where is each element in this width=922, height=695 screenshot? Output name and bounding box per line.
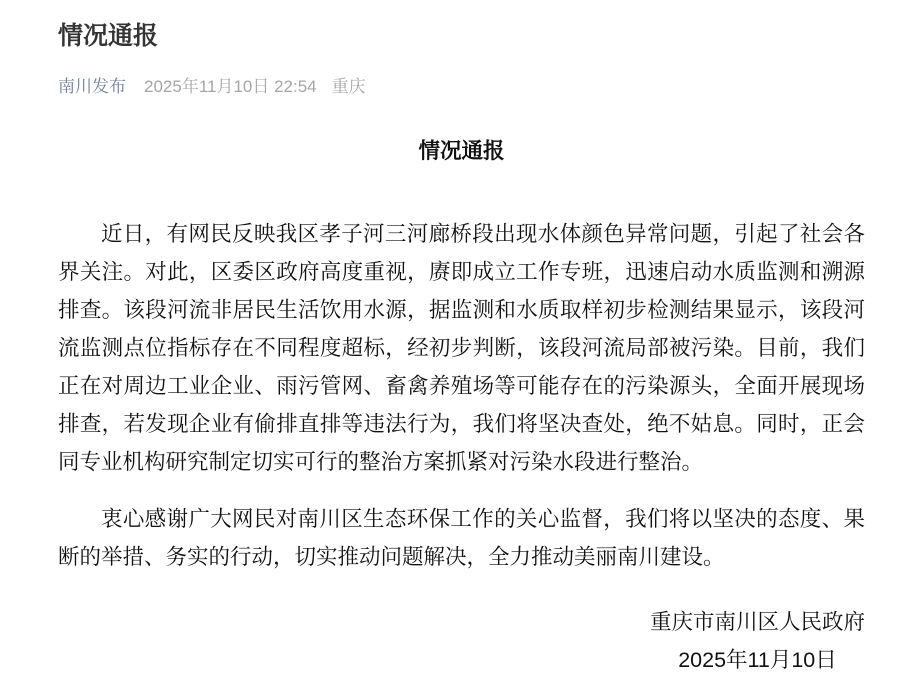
paragraph-1: 近日，有网民反映我区孝子河三河廊桥段出现水体颜色异常问题，引起了社会各界关注。对…	[58, 215, 865, 481]
article-meta: 南川发布 2025年11月10日 22:54 重庆	[58, 75, 865, 99]
signature-block: 重庆市南川区人民政府 2025年11月10日	[58, 603, 865, 679]
paragraph-2: 衷心感谢广大网民对南川区生态环保工作的关心监督，我们将以坚决的态度、果断的举措、…	[58, 500, 865, 576]
account-name-link[interactable]: 南川发布	[58, 75, 126, 99]
article-page: 情况通报 南川发布 2025年11月10日 22:54 重庆 情况通报 近日，有…	[0, 0, 922, 695]
content-title: 情况通报	[58, 139, 865, 163]
article-content: 情况通报 近日，有网民反映我区孝子河三河廊桥段出现水体颜色异常问题，引起了社会各…	[58, 139, 865, 679]
publish-location: 重庆	[332, 75, 366, 99]
signature-date: 2025年11月10日	[650, 641, 865, 679]
page-title: 情况通报	[58, 20, 865, 52]
signature-inner: 重庆市南川区人民政府 2025年11月10日	[650, 603, 865, 679]
signature-author: 重庆市南川区人民政府	[650, 603, 865, 641]
publish-datetime: 2025年11月10日 22:54	[144, 75, 317, 99]
